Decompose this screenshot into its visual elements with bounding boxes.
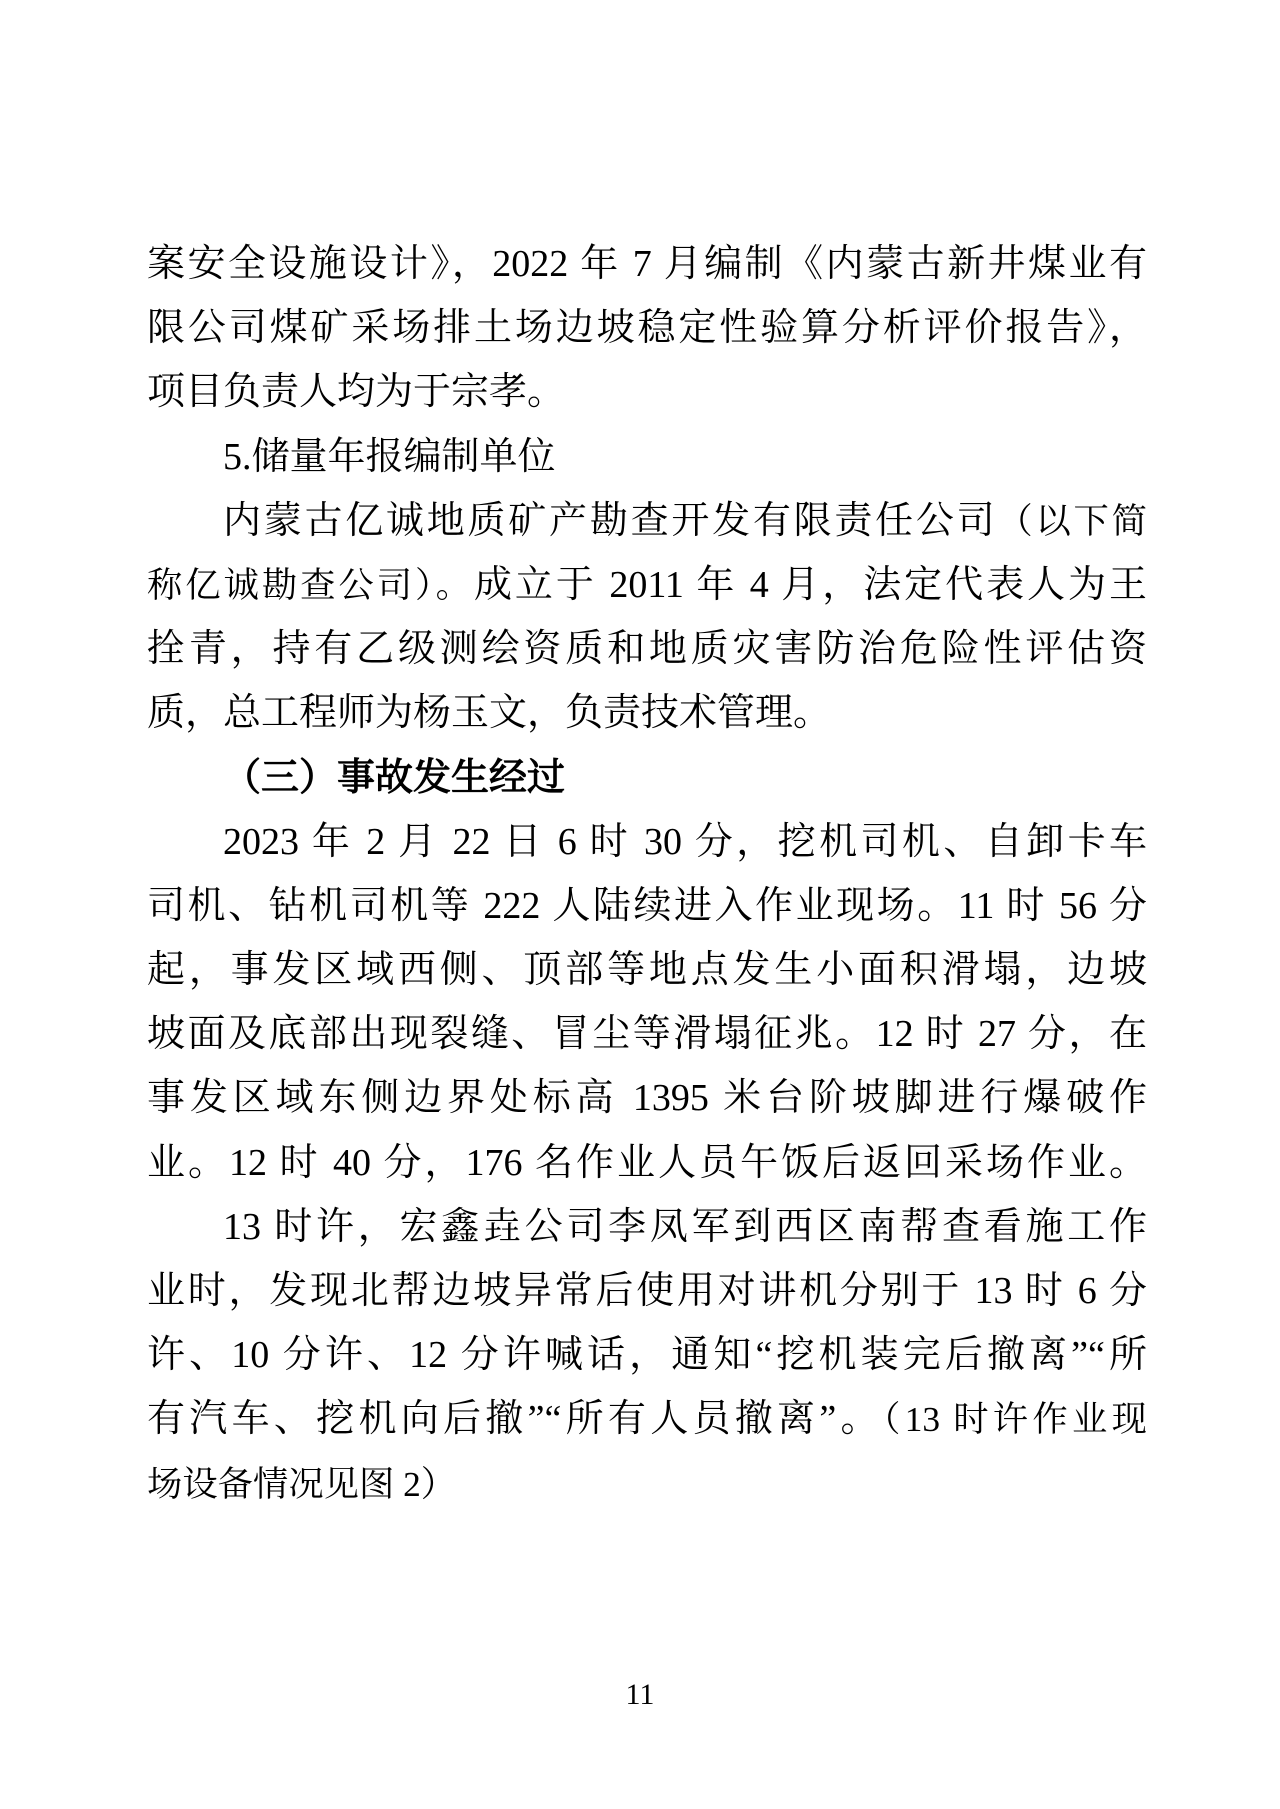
text-line: 业时，发现北帮边坡异常后使用对讲机分别于 13 时 6 分	[147, 1259, 1147, 1323]
text-run-normal: 起，事发区域西侧、顶部等地点发生小面积滑塌，边坡	[147, 949, 1147, 991]
text-line: 2023 年 2 月 22 日 6 时 30 分，挖机司机、自卸卡车	[147, 810, 1147, 874]
text-line: 拴青，持有乙级测绘资质和地质灾害防治危险性评估资	[147, 617, 1147, 681]
text-line: 称亿诚勘查公司）。成立于 2011 年 4 月，法定代表人为王	[147, 553, 1147, 617]
text-line: 司机、钻机司机等 222 人陆续进入作业现场。11 时 56 分	[147, 874, 1147, 938]
text-line: 质，总工程师为杨玉文，负责技术管理。	[147, 681, 1147, 745]
text-run-normal: 有汽车、挖机向后撤”“所有人员撤离”。	[147, 1398, 883, 1440]
text-line: 限公司煤矿采场排土场边坡稳定性验算分析评价报告》，	[147, 296, 1147, 360]
text-run-kai: （以下简	[997, 502, 1147, 541]
text-run-kai: （13 时许作业现	[883, 1400, 1147, 1439]
text-line: 5.储量年报编制单位	[147, 425, 1147, 489]
text-run-heading: （三）事故发生经过	[223, 757, 565, 799]
text-run-normal: 拴青，持有乙级测绘资质和地质灾害防治危险性评估资	[147, 628, 1147, 670]
text-run-normal: 事发区域东侧边界处标高 1395 米台阶坡脚进行爆破作	[147, 1077, 1147, 1119]
page-number: 11	[0, 1678, 1280, 1712]
text-run-normal: 项目负责人均为于宗孝。	[147, 371, 565, 413]
text-line: 起，事发区域西侧、顶部等地点发生小面积滑塌，边坡	[147, 938, 1147, 1002]
text-line: 项目负责人均为于宗孝。	[147, 360, 1147, 424]
text-line: 内蒙古亿诚地质矿产勘查开发有限责任公司（以下简	[147, 489, 1147, 553]
text-line: 案安全设施设计》，2022 年 7 月编制《内蒙古新井煤业有	[147, 232, 1147, 296]
text-run-kai: 称亿诚勘查公司）。	[147, 566, 474, 605]
text-line: 许、10 分许、12 分许喊话，通知“挖机装完后撤离”“所	[147, 1323, 1147, 1387]
text-line: 业。12 时 40 分，176 名作业人员午饭后返回采场作业。	[147, 1131, 1147, 1195]
document-page: 案安全设施设计》，2022 年 7 月编制《内蒙古新井煤业有限公司煤矿采场排土场…	[0, 0, 1280, 1809]
text-line: （三）事故发生经过	[147, 746, 1147, 810]
text-line: 场设备情况见图 2）	[147, 1452, 1147, 1516]
text-run-normal: 业时，发现北帮边坡异常后使用对讲机分别于 13 时 6 分	[147, 1270, 1147, 1312]
text-run-normal: 限公司煤矿采场排土场边坡稳定性验算分析评价报告》，	[147, 307, 1147, 349]
text-run-normal: 2023 年 2 月 22 日 6 时 30 分，挖机司机、自卸卡车	[223, 821, 1147, 863]
text-run-normal: 成立于 2011 年 4 月，法定代表人为王	[474, 564, 1147, 606]
text-run-normal: 坡面及底部出现裂缝、冒尘等滑塌征兆。12 时 27 分，在	[147, 1013, 1147, 1055]
text-run-normal: 许、10 分许、12 分许喊话，通知“挖机装完后撤离”“所	[147, 1334, 1147, 1376]
text-run-normal: 案安全设施设计》，2022 年 7 月编制《内蒙古新井煤业有	[147, 243, 1147, 285]
text-line: 有汽车、挖机向后撤”“所有人员撤离”。（13 时许作业现	[147, 1387, 1147, 1451]
text-run-normal: 质，总工程师为杨玉文，负责技术管理。	[147, 692, 831, 734]
text-run-normal: 内蒙古亿诚地质矿产勘查开发有限责任公司	[223, 500, 997, 542]
text-run-normal: 5.储量年报编制单位	[223, 436, 556, 478]
text-run-normal: 13 时许，宏鑫垚公司李凤军到西区南帮查看施工作	[223, 1206, 1147, 1248]
text-line: 13 时许，宏鑫垚公司李凤军到西区南帮查看施工作	[147, 1195, 1147, 1259]
text-run-normal: 业。12 时 40 分，176 名作业人员午饭后返回采场作业。	[147, 1142, 1147, 1184]
text-run-kai: 场设备情况见图 2）	[147, 1465, 456, 1504]
text-line: 坡面及底部出现裂缝、冒尘等滑塌征兆。12 时 27 分，在	[147, 1002, 1147, 1066]
text-line: 事发区域东侧边界处标高 1395 米台阶坡脚进行爆破作	[147, 1066, 1147, 1130]
text-run-normal: 司机、钻机司机等 222 人陆续进入作业现场。11 时 56 分	[147, 885, 1147, 927]
document-body: 案安全设施设计》，2022 年 7 月编制《内蒙古新井煤业有限公司煤矿采场排土场…	[147, 232, 1147, 1516]
